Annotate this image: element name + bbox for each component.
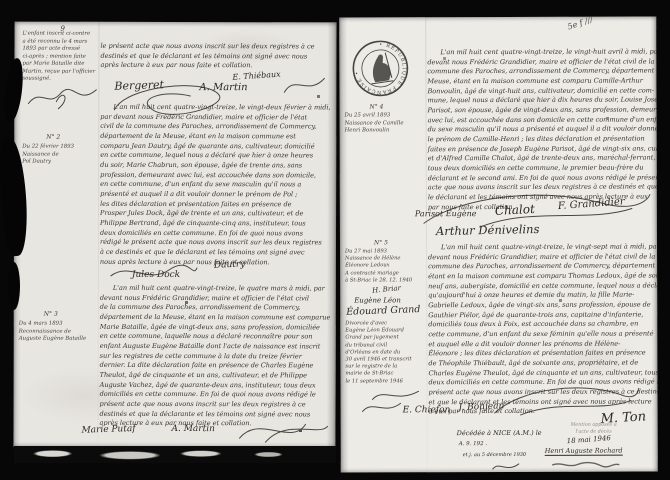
margin-note-line: Du 4 mars 1893 [19,321,101,329]
margin-note-line: Pol Dautry [22,159,102,167]
signature-e-chiefon: E. Chiefon [403,405,451,415]
margin-note-5-divorce: Divorcée d'avecEugène Léon ÉdouardGrand … [345,320,427,385]
margin-note-4: Du 25 avril 1893Naissance de CamilleHenr… [345,112,425,135]
margin-note-line: Auguste Eugène Bataille [19,336,101,344]
act-text-line: L'an mil huit cent quatre-vingt-treize, … [427,47,653,57]
act-text-line: dernier. La dite déclaration faite en pr… [100,361,334,371]
act-text-line: en cette commune, d'un enfant du sexe ma… [100,180,334,190]
margin-annotation-line: 1893 par acte dressé [22,46,102,54]
signature-paraph [361,399,403,417]
act-text-line: Auguste Vachez, âgé de quarante-deux ans… [100,380,334,390]
margin-note-line: le 11 septembre 1946 [345,378,427,385]
act-text-line: deux domiciliés en cette commune. En foi… [100,228,334,238]
act-text-line: Theulot, âgé de cinquante et un ans, cul… [100,371,334,381]
margin-note-3-number: N° 3 [44,311,58,318]
act-text-line: présent acte que nous avons inscrit sur … [100,400,334,410]
margin-note-5-number: N° 5 [374,239,388,246]
act-text-line: destinés et que le déclarant et les témo… [100,51,334,61]
act-text-line: les dites déclaration et présentation fa… [100,199,334,209]
signature-dautry: Dautry [214,259,246,271]
margin-annotation-line: soussigné. [22,76,102,84]
act-text-line: tous deux domiciliés en cette commune, l… [428,163,654,173]
margin-note-2-number: N° 2 [46,134,60,141]
corner-paraph-mark: 5e f /// [566,16,593,31]
previous-act-closing: le présent acte que nous avons inscrit s… [100,42,334,72]
mention-name-eugene-leon: Eugène Léon [354,296,401,304]
act-text-line: L'an mil huit cent quatre-vingt-treize, … [100,284,334,294]
act-text-line: Meuse, étant en la maison commune est co… [427,76,653,86]
act-birth-pol-dautry: L'an mil huit cent quatre-vingt-treize, … [100,103,334,268]
margin-note-line: à St-Briac le 28. 12. 1940 [345,277,427,284]
act-text-line: par devant nous Frédéric Grandidier, mai… [100,112,334,122]
large-script-name: Arthur Dénivelins [436,222,540,238]
act-text-line: L'an mil huit cent quatre-vingt-treize, … [428,242,654,252]
margin-note-line: Henri Bonvoulin [345,127,425,135]
act-text-line: Gabrielle Ledoux, âgée de vingt-six ans,… [428,300,654,310]
margin-note-line: Du 22 février 1893 [22,144,102,152]
mention-initials-paraph [491,461,521,473]
margin-signature-flourish [26,86,100,112]
act-text-line: rédigé le présent acte que nous avons in… [100,238,334,248]
act-text-line: Éléonore ; les dites déclaration et prés… [428,349,654,359]
act-text-line: cette commune, d'un enfant du sexe fémin… [428,329,654,339]
act-text-line: L'an mil huit cent quatre-vingt-treize, … [100,103,334,113]
act-text-line: le présent acte que nous avons inscrit s… [100,42,334,52]
act-text-line: de Théophile Thiébault, âgé de soixante … [428,358,654,368]
act-text-line: Prosper Jules Dock, âgé de trente et un … [100,209,334,219]
death-stamp-officer-name: Henri Auguste Rochard [545,447,623,456]
act-text-line: à ce destinés et que le déclarant et les… [100,248,334,258]
act-recognition-bataille: L'an mil huit cent quatre-vingt-treize, … [99,284,333,429]
register-right-page: 5e f /// • RÉPUBLIQUE FRANÇAISE • N° 4 D… [339,16,658,472]
act-text-line: le prénom de Camille-Henri ; les dites d… [428,134,654,144]
death-mention-line-2: A. 9. 192 . [459,441,487,447]
act-text-line: et d'Alfred Camille Chalot, âgé de trent… [428,154,654,164]
seated-marianne-figure [370,53,391,82]
death-mention-line-3: et j. au 5 décembre 1930 [463,452,526,458]
margin-annotation-line: L'enfant inscrit ci-contre [23,31,103,39]
signature-h-briar: H. Briar [372,284,401,295]
signature-marie-putaf: Marie Putaf [81,424,135,436]
margin-annotation: L'enfant inscrit ci-contrea été reconnu … [22,31,102,84]
act-text-line: domiciliés en cette commune. En foi de q… [100,390,334,400]
scanned-register-spread: 9 L'enfant inscrit ci-contrea été reconn… [0,0,670,480]
act-text-line: Parisot, son épouse, âgée de vingt-deux … [428,105,654,115]
act-text-line: département de la Meuse, étant en la mai… [100,313,334,323]
film-edge-blob [8,262,20,310]
act-text-line: sur les registres de cette commune à la … [100,351,334,361]
act-text-line: devant nous Frédéric Grandidier, maire e… [100,293,334,303]
register-left-page: 9 L'enfant inscrit ci-contrea été reconn… [13,22,336,448]
signature-jules-dock: Jules Dock [132,270,180,280]
act-text-line: après lecture à eux par nous faite et co… [100,61,334,71]
margin-note-5-marriage: Du 27 mai 1893Naissance de HélèneÉléonor… [345,248,427,284]
margin-note-2: Du 22 février 1893Naissance dePol Dautry [22,144,102,167]
act-text-line: Marie Bataille, âgée de vingt-deux ans, … [100,322,334,332]
mention-name-edouard-grand: Édouard Grand [346,304,421,318]
act-text-line: en cette commune, lequel nous a déclaré … [100,151,334,161]
act-text-line: civil de la commune des Paroches, arrond… [100,122,334,132]
margin-note-3: Du 4 mars 1893Reconnaissance deAuguste E… [19,321,101,344]
act-text-line: profession, demeurant avec lui, est acco… [100,170,334,180]
signature-e-thiebaux: E. Thiébaux [232,70,281,82]
act-text-line: enfant Auguste Eugène Bataille dont l'ac… [100,342,334,352]
act-text-line: Philippe Bertrand, âgé de cinquante-cinq… [100,219,334,229]
act-text-line: département de la Meuse, étant en la mai… [100,132,334,142]
margin-annotation-line: par Marie Bataille dite [22,61,102,69]
signature-a-martin-2: A. Martin [171,424,214,434]
act-text-line: comparu Jean Dautry, âgé de quarante ans… [100,141,334,151]
act-text-line: présenté et auquel il a dit vouloir donn… [100,190,334,200]
republique-francaise-stamp: • RÉPUBLIQUE FRANÇAISE • [345,33,415,103]
act-text-line: en cette commune, laquelle nous a déclar… [100,332,334,342]
signature-paraph [235,416,331,446]
page-bottom-edge-strip [14,446,336,463]
margin-note-4-number: N° 4 [370,103,384,110]
illegible-stamp-line [551,461,621,469]
act-text-line: de la commune des Paroches, arrondisseme… [100,303,334,313]
act-text-line: étant en la maison commune est comparu T… [428,271,654,281]
dust-specks [0,0,1,1]
death-mention-line-1: Décédée à NICE (A.M.) le [457,429,542,437]
act-text-line: du soir, Marie Chabrun, son épouse, âgée… [100,161,334,171]
signature-paraph [282,72,326,98]
